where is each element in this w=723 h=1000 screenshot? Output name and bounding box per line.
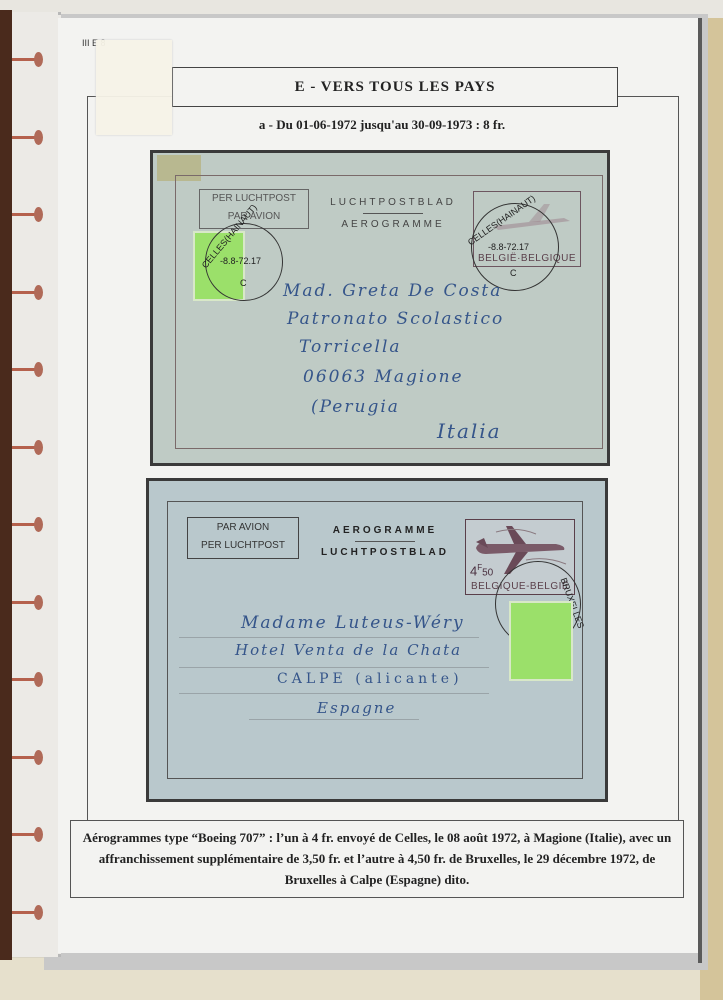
binder-ring (10, 58, 38, 61)
section-subtitle: a - Du 01-06-1972 jusqu'au 30-09-1973 : … (87, 117, 677, 133)
page-edge (698, 18, 702, 963)
binder-spine (0, 10, 12, 960)
value-cents: 50 (482, 567, 493, 578)
postmark-date: -8.8-72.17 (220, 256, 261, 266)
airmail-label: PAR AVION PER LUCHTPOST (187, 517, 299, 559)
address-line: 06063 Magione (303, 367, 464, 387)
writing-guide-line (179, 693, 489, 694)
aerogramme-celles: PER LUCHTPOST PAR AVION LUCHTPOSTBLAD AE… (150, 150, 610, 466)
binder-ring (10, 523, 38, 526)
header-bottom: LUCHTPOSTBLAD (315, 547, 455, 558)
binder-ring (10, 446, 38, 449)
binder-ring (10, 756, 38, 759)
postmark: CELLES(HAINAUT) -8.8-72.17 C (205, 223, 283, 301)
header-divider (355, 541, 415, 542)
binder-ring (10, 678, 38, 681)
address-line: Italia (437, 419, 502, 443)
header-top: AEROGRAMME (315, 525, 455, 536)
address-line: CALPE (alicante) (277, 671, 463, 687)
address-line: Torricella (299, 337, 402, 357)
aerogramme-bruxelles: PAR AVION PER LUCHTPOST AEROGRAMME LUCHT… (146, 478, 608, 802)
postmark: CELLES(HAINAUT) -8.8-72.17 C (471, 203, 559, 291)
binder-ring (10, 368, 38, 371)
address-line: Hotel Venta de la Chata (235, 641, 462, 659)
address-line: (Perugia (311, 397, 400, 417)
address-line: Madame Luteus-Wéry (241, 613, 465, 633)
header-top: LUCHTPOSTBLAD (323, 197, 463, 208)
binder-ring (10, 213, 38, 216)
airmail-label-line: PER LUCHTPOST (188, 537, 298, 555)
writing-guide-line (179, 667, 489, 668)
writing-guide-line (179, 637, 479, 638)
binder-sleeve (10, 12, 61, 957)
binder-ring (10, 911, 38, 914)
imprint-value: 4F50 (470, 563, 493, 578)
address-line: Espagne (317, 699, 396, 717)
header-bottom: AEROGRAMME (323, 219, 463, 230)
address-line: Patronato Scolastico (287, 309, 504, 329)
writing-guide-line (249, 719, 419, 720)
airmail-label-line: PAR AVION (188, 519, 298, 537)
adhesive-stamp (509, 601, 573, 681)
postmark-suffix: C (510, 268, 517, 278)
section-title: E - VERS TOUS LES PAYS (172, 67, 618, 107)
binder-ring (10, 601, 38, 604)
postmark-date: -8.8-72.17 (488, 242, 529, 252)
binder-ring (10, 136, 38, 139)
header-divider (363, 213, 423, 214)
postmark-suffix: C (240, 278, 247, 288)
binder-ring (10, 291, 38, 294)
binder-ring (10, 833, 38, 836)
address-line: Mad. Greta De Costa (283, 281, 502, 301)
caption-text: Aérogrammes type “Boeing 707” : l’un à 4… (71, 827, 683, 890)
caption-box: Aérogrammes type “Boeing 707” : l’un à 4… (70, 820, 684, 898)
